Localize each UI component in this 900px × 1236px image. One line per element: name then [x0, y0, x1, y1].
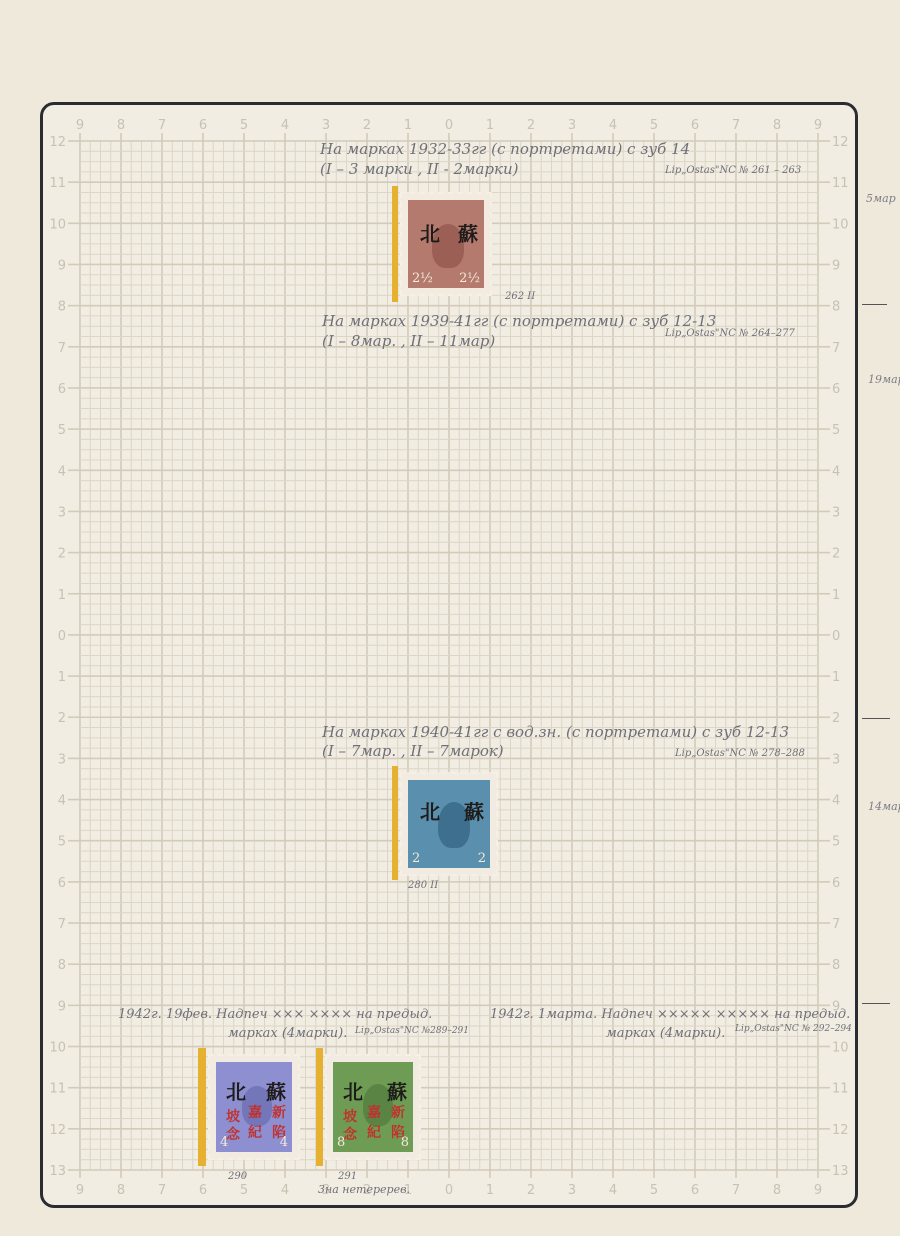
overprint-left: 北 — [226, 1076, 246, 1105]
svg-text:8: 8 — [773, 118, 781, 133]
margin-note-3: 14мар — [868, 800, 900, 813]
svg-text:6: 6 — [58, 876, 66, 891]
svg-text:5: 5 — [240, 118, 248, 133]
svg-text:2: 2 — [832, 711, 840, 726]
section5-catalog: Lip„Ostas"NC № 292–294 — [735, 1024, 852, 1034]
svg-text:7: 7 — [58, 341, 66, 356]
svg-text:1: 1 — [486, 118, 494, 133]
svg-text:2: 2 — [363, 118, 371, 133]
overprint-left: 北 — [343, 1076, 363, 1105]
svg-text:4: 4 — [832, 794, 840, 809]
svg-text:0: 0 — [58, 629, 66, 644]
stamp-value-left: 4 — [220, 1135, 228, 1150]
svg-text:5: 5 — [832, 835, 840, 850]
stamp-290-label: 290 — [228, 1171, 247, 1182]
section3-subtitle: (I – 7мар. , II – 7марок) — [322, 742, 504, 760]
footnote: 3на нетеререв. — [318, 1183, 410, 1196]
svg-text:7: 7 — [832, 341, 840, 356]
svg-text:11: 11 — [49, 176, 66, 191]
section1-title: На марках 1932-33гг (с портретами) с зуб… — [320, 140, 690, 158]
svg-text:6: 6 — [832, 876, 840, 891]
section1-catalog: Lip„Ostas"NC № 261 – 263 — [665, 165, 801, 176]
section4-catalog: Lip„Ostas"NC №289–291 — [355, 1026, 469, 1036]
svg-text:11: 11 — [832, 1082, 849, 1097]
svg-text:4: 4 — [281, 1183, 289, 1198]
svg-text:1: 1 — [486, 1183, 494, 1198]
stamp-291[interactable]: 北 蘇 坡 嘉 新 念 紀 陷 8 8 — [316, 1048, 426, 1168]
svg-text:9: 9 — [76, 118, 84, 133]
svg-text:8: 8 — [58, 300, 66, 315]
section2-subtitle: (I – 8мар. , II – 11мар) — [322, 332, 495, 350]
svg-text:9: 9 — [76, 1183, 84, 1198]
margin-tick — [862, 1003, 890, 1004]
svg-text:4: 4 — [832, 464, 840, 479]
svg-text:3: 3 — [568, 118, 576, 133]
section3-title: На марках 1940-41гг с вод.зн. (с портрет… — [322, 723, 789, 741]
svg-text:12: 12 — [832, 1123, 849, 1138]
svg-text:1: 1 — [832, 588, 840, 603]
svg-text:0: 0 — [445, 1183, 453, 1198]
svg-text:13: 13 — [49, 1164, 66, 1179]
svg-text:2: 2 — [527, 1183, 535, 1198]
margin-tick — [862, 718, 890, 719]
svg-text:7: 7 — [158, 118, 166, 133]
svg-text:12: 12 — [49, 135, 66, 150]
svg-text:2: 2 — [832, 547, 840, 562]
svg-text:11: 11 — [49, 1082, 66, 1097]
svg-text:7: 7 — [732, 1183, 740, 1198]
svg-text:7: 7 — [58, 917, 66, 932]
svg-text:3: 3 — [832, 505, 840, 520]
stamp-body: 北 蘇 坡 嘉 新 念 紀 陷 8 8 — [325, 1054, 421, 1160]
svg-text:1: 1 — [404, 118, 412, 133]
svg-text:5: 5 — [58, 423, 66, 438]
svg-text:12: 12 — [832, 135, 849, 150]
svg-text:3: 3 — [832, 752, 840, 767]
section1-subtitle: (I – 3 марки , II - 2марки) — [320, 160, 518, 178]
svg-text:5: 5 — [650, 118, 658, 133]
svg-text:2: 2 — [58, 711, 66, 726]
section4-title: 1942г. 19фев. Надпеч ××× ×××× на предыд. — [118, 1007, 432, 1022]
svg-text:1: 1 — [58, 588, 66, 603]
red-overprint-char: 新 — [391, 1102, 405, 1122]
stamp-body: 北 蘇 2 2 — [400, 772, 498, 876]
svg-text:4: 4 — [58, 794, 66, 809]
overprint-left: 北 — [420, 218, 440, 247]
stamp-value-right: 4 — [280, 1135, 288, 1150]
stamp-262[interactable]: 北 蘇 2½ 2½ — [390, 186, 500, 302]
svg-text:13: 13 — [832, 1164, 849, 1179]
red-overprint-char: 紀 — [248, 1122, 262, 1142]
svg-text:6: 6 — [199, 118, 207, 133]
svg-text:9: 9 — [58, 999, 66, 1014]
svg-text:11: 11 — [832, 176, 849, 191]
red-overprint-char: 嘉 — [248, 1102, 262, 1122]
svg-text:6: 6 — [691, 1183, 699, 1198]
hinge — [392, 186, 398, 302]
section3-catalog: Lip„Ostas"NC № 278–288 — [675, 748, 805, 759]
svg-text:1: 1 — [832, 670, 840, 685]
overprint-left: 北 — [420, 796, 440, 825]
svg-text:9: 9 — [832, 258, 840, 273]
stamp-value-left: 8 — [337, 1135, 345, 1150]
overprint-right: 蘇 — [458, 218, 478, 247]
svg-text:3: 3 — [58, 752, 66, 767]
svg-text:7: 7 — [158, 1183, 166, 1198]
svg-text:8: 8 — [773, 1183, 781, 1198]
svg-text:10: 10 — [49, 217, 66, 232]
stamp-280-label: 280 II — [408, 880, 438, 891]
svg-text:0: 0 — [832, 629, 840, 644]
svg-text:9: 9 — [814, 118, 822, 133]
stamp-value-right: 8 — [401, 1135, 409, 1150]
svg-text:3: 3 — [322, 118, 330, 133]
svg-text:1: 1 — [58, 670, 66, 685]
svg-text:0: 0 — [445, 118, 453, 133]
svg-text:3: 3 — [58, 505, 66, 520]
stamp-280[interactable]: 北 蘇 2 2 — [390, 766, 505, 881]
section5-subtitle: марках (4марки). — [606, 1026, 725, 1041]
svg-text:8: 8 — [832, 300, 840, 315]
svg-text:6: 6 — [199, 1183, 207, 1198]
svg-text:5: 5 — [240, 1183, 248, 1198]
svg-text:3: 3 — [568, 1183, 576, 1198]
svg-text:2: 2 — [527, 118, 535, 133]
red-overprint-char: 嘉 — [367, 1102, 381, 1122]
svg-text:4: 4 — [609, 118, 617, 133]
svg-text:10: 10 — [832, 1041, 849, 1056]
svg-text:8: 8 — [832, 958, 840, 973]
hinge — [316, 1048, 323, 1166]
stamp-value-right: 2 — [478, 851, 486, 866]
svg-text:4: 4 — [281, 118, 289, 133]
svg-text:6: 6 — [691, 118, 699, 133]
svg-text:10: 10 — [49, 1041, 66, 1056]
svg-text:5: 5 — [650, 1183, 658, 1198]
margin-tick — [862, 304, 887, 305]
svg-text:9: 9 — [814, 1183, 822, 1198]
section4-subtitle: марках (4марки). — [228, 1026, 347, 1041]
section2-title: На марках 1939-41гг (с портретами) с зуб… — [322, 312, 716, 330]
svg-text:8: 8 — [58, 958, 66, 973]
overprint-right: 蘇 — [266, 1076, 286, 1105]
stamp-value-left: 2½ — [412, 271, 433, 286]
stamp-262-label: 262 II — [505, 291, 535, 302]
red-overprint-char: 紀 — [367, 1122, 381, 1142]
overprint-right: 蘇 — [387, 1076, 407, 1105]
hinge — [198, 1048, 206, 1166]
svg-text:5: 5 — [58, 835, 66, 850]
svg-text:5: 5 — [832, 423, 840, 438]
svg-text:8: 8 — [117, 118, 125, 133]
overprint-right: 蘇 — [464, 796, 484, 825]
svg-text:12: 12 — [49, 1123, 66, 1138]
section5-title: 1942г. 1марта. Надпеч ××××× ××××× на пре… — [490, 1007, 850, 1022]
stamp-291-label: 291 — [338, 1171, 357, 1182]
stamp-body: 北 蘇 2½ 2½ — [400, 192, 492, 296]
stamp-body: 北 蘇 坡 嘉 新 念 紀 陷 4 4 — [208, 1054, 300, 1160]
red-overprint-char: 坡 — [343, 1106, 357, 1126]
red-overprint-char: 新 — [272, 1102, 286, 1122]
svg-text:7: 7 — [832, 917, 840, 932]
section2-catalog: Lip„Ostas"NC № 264–277 — [665, 328, 795, 339]
svg-text:2: 2 — [58, 547, 66, 562]
svg-text:6: 6 — [832, 382, 840, 397]
stamp-value-left: 2 — [412, 851, 420, 866]
svg-text:7: 7 — [732, 118, 740, 133]
hinge — [392, 766, 398, 880]
svg-text:4: 4 — [58, 464, 66, 479]
svg-text:6: 6 — [58, 382, 66, 397]
margin-note-2: 19мар — [868, 373, 900, 386]
red-overprint-char: 坡 — [226, 1106, 240, 1126]
stamp-value-right: 2½ — [459, 271, 480, 286]
svg-text:8: 8 — [117, 1183, 125, 1198]
svg-text:9: 9 — [58, 258, 66, 273]
svg-text:4: 4 — [609, 1183, 617, 1198]
margin-note-1: 5мар — [866, 192, 896, 205]
svg-text:10: 10 — [832, 217, 849, 232]
stamp-290[interactable]: 北 蘇 坡 嘉 新 念 紀 陷 4 4 — [198, 1048, 308, 1168]
